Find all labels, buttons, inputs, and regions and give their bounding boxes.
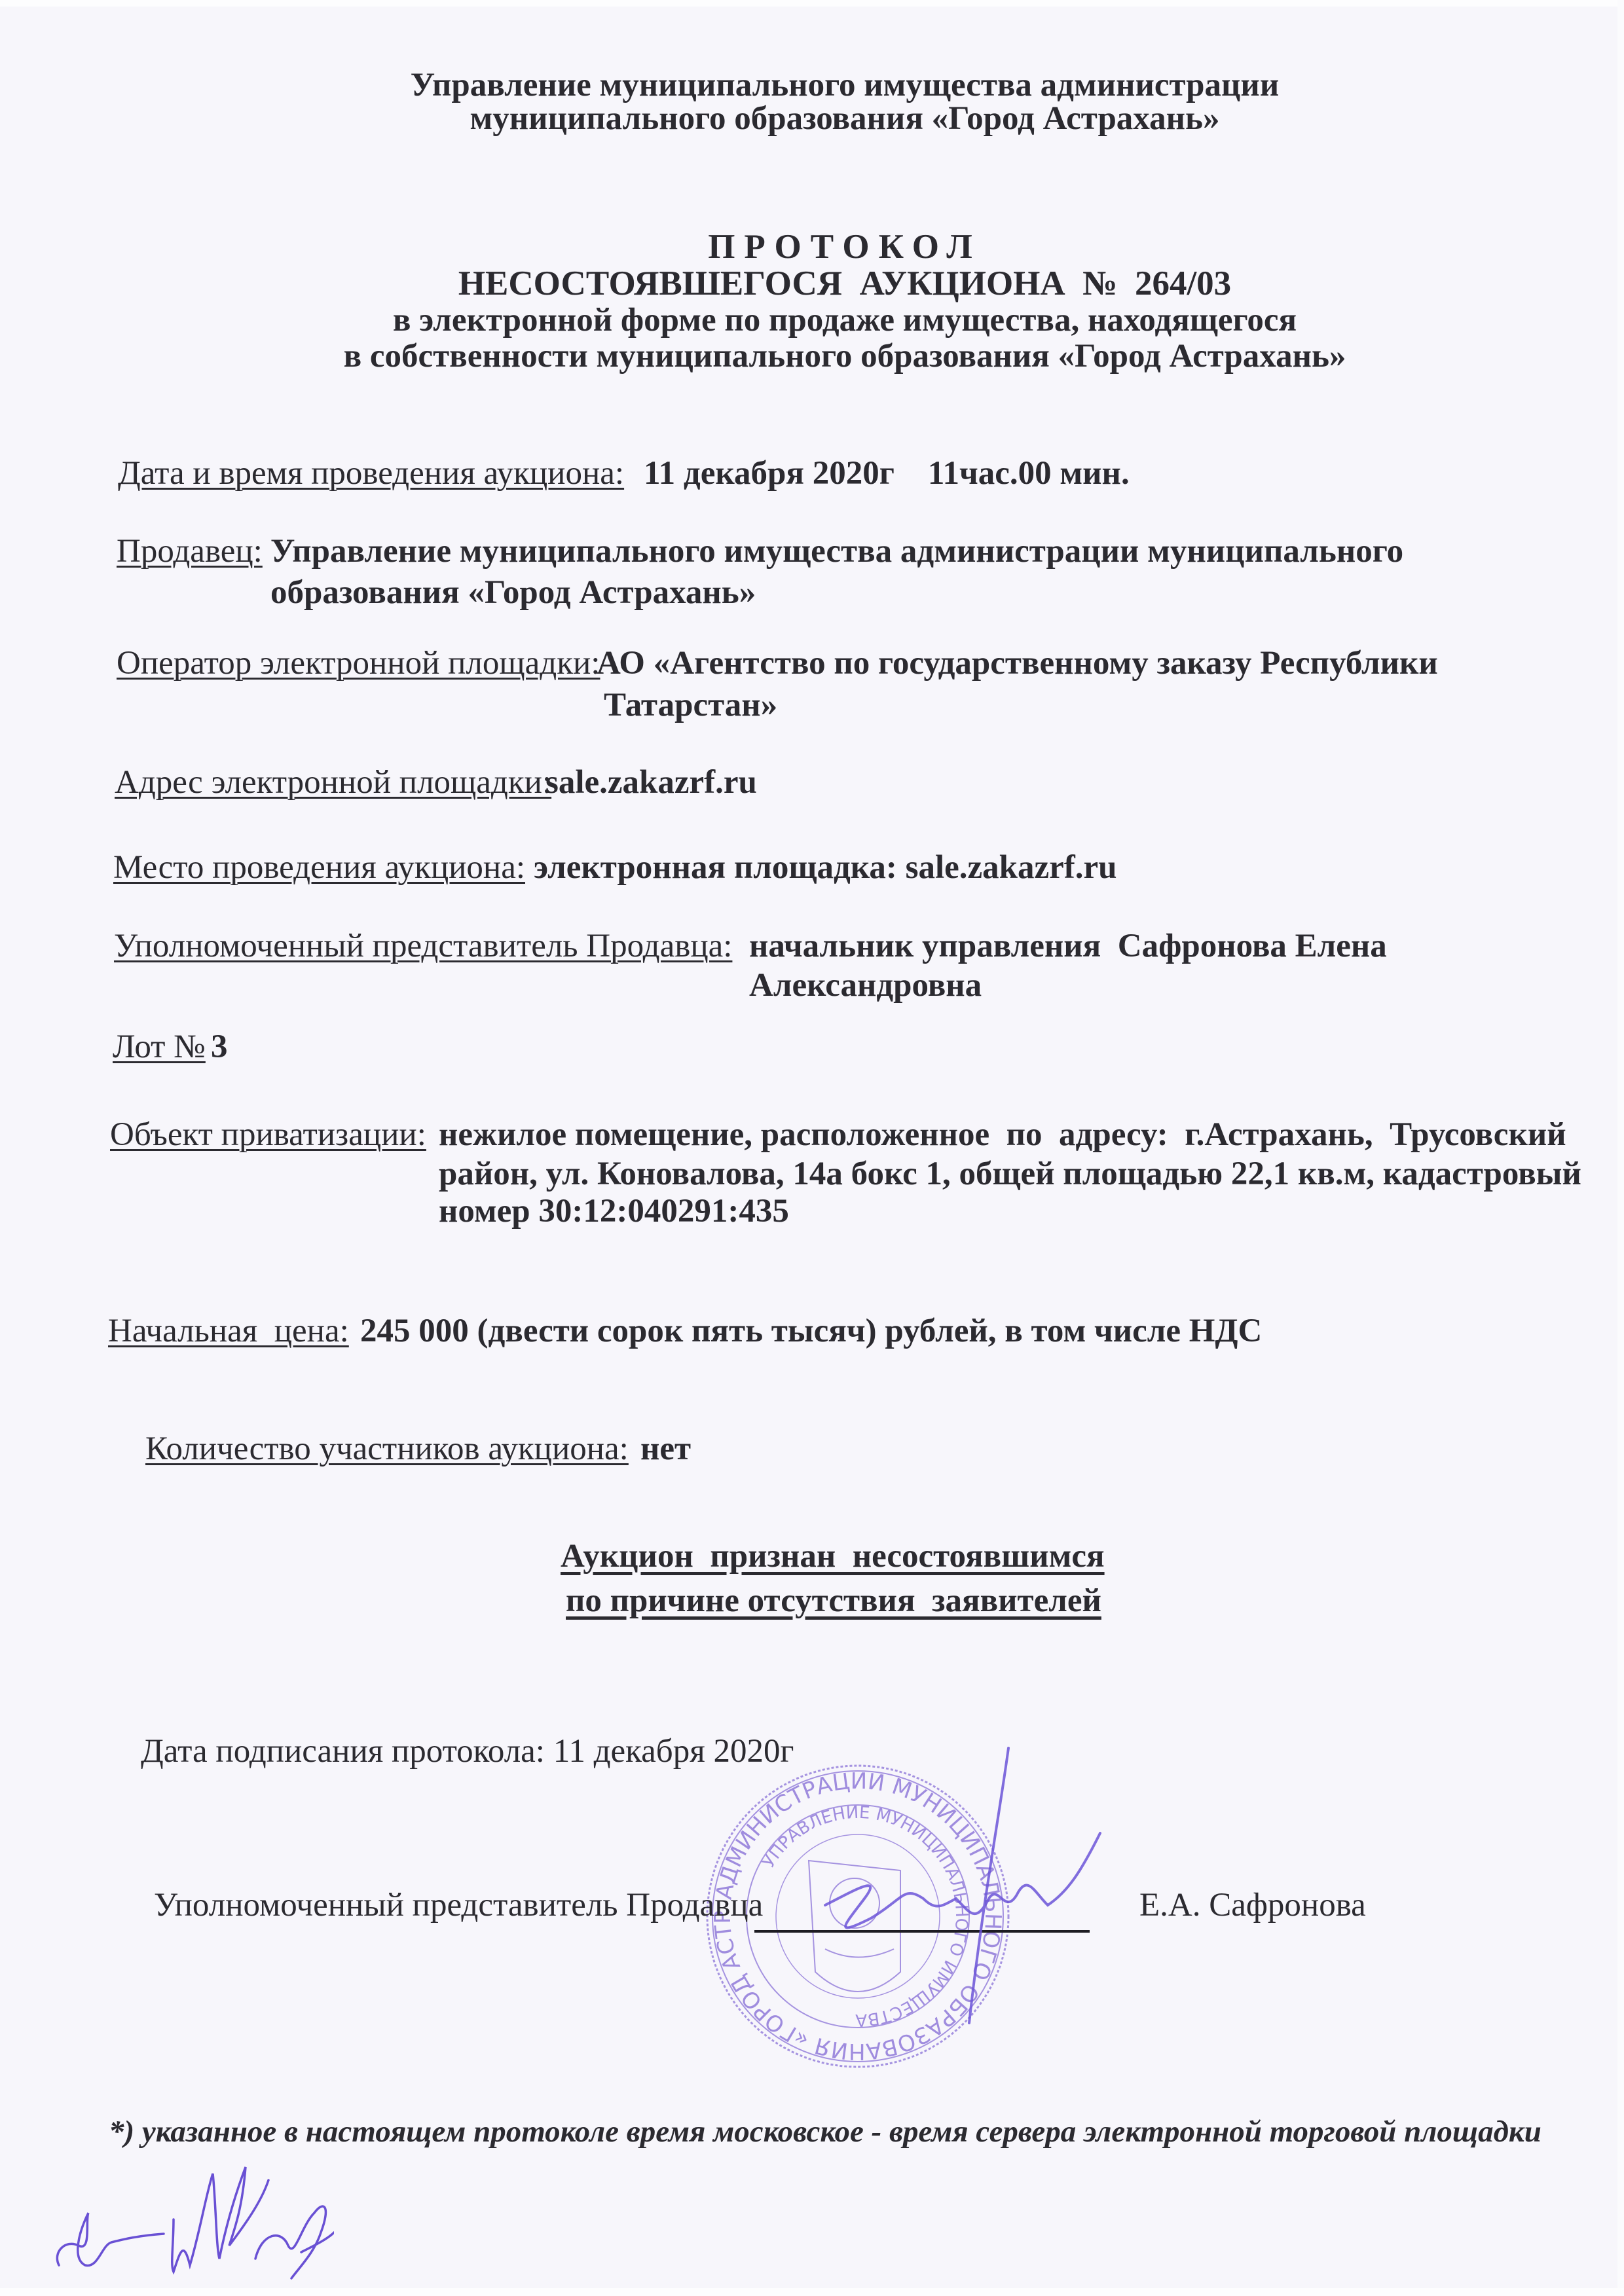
operator-value-line1: АО «Агентство по государственному заказу… — [597, 647, 1438, 680]
footnote: *) указанное в настоящем протоколе время… — [109, 2117, 1541, 2147]
lot-value: 3 — [211, 1030, 228, 1064]
handwritten-signature-icon — [773, 1741, 1113, 2030]
starting-price-label: Начальная цена: — [108, 1315, 349, 1348]
auction-place-label: Место проведения аукциона: — [113, 851, 525, 884]
privatization-object-value-line1: нежилое помещение, расположенное по адре… — [439, 1118, 1566, 1152]
scan-edge-top — [0, 0, 1624, 7]
starting-price-value: 245 000 (двести сорок пять тысяч) рублей… — [360, 1315, 1262, 1348]
lot-label: Лот № — [113, 1030, 206, 1064]
seller-label: Продавец: — [117, 535, 263, 568]
auction-datetime-label: Дата и время проведения аукциона: — [118, 457, 624, 490]
auction-place-value: электронная площадка: sale.zakazrf.ru — [534, 851, 1117, 884]
privatization-object-label: Объект приватизации: — [110, 1118, 426, 1152]
document-subtitle-line3: в электронной форме по продаже имущества… — [0, 304, 1624, 337]
participants-count-value: нет — [640, 1432, 691, 1466]
org-header-line2: муниципального образования «Город Астрах… — [0, 102, 1624, 136]
auction-result-line1: Аукцион признан несостоявшимся — [561, 1540, 1105, 1573]
signing-date: Дата подписания протокола: 11 декабря 20… — [141, 1735, 794, 1768]
privatization-object-value-line2: район, ул. Коновалова, 14а бокс 1, общей… — [439, 1157, 1581, 1191]
auction-result-line2: по причине отсутствия заявителей — [566, 1584, 1101, 1618]
signing-representative-name: Е.А. Сафронова — [1139, 1889, 1366, 1922]
seller-representative-value-line1: начальник управления Сафронова Елена — [749, 930, 1387, 963]
org-header-line1: Управление муниципального имущества адми… — [0, 69, 1624, 102]
auction-datetime-value: 11 декабря 2020г 11час.00 мин. — [644, 457, 1130, 490]
platform-address-label: Адрес электронной площадки: — [115, 766, 551, 799]
document-subtitle-line4: в собственности муниципального образован… — [0, 340, 1624, 373]
signing-representative-label: Уполномоченный представитель Продавца — [154, 1889, 763, 1922]
privatization-object-value-line3: номер 30:12:040291:435 — [439, 1195, 789, 1228]
platform-address-value: sale.zakazrf.ru — [545, 766, 757, 799]
operator-label: Оператор электронной площадки: — [117, 647, 600, 680]
initials-signatures-icon — [39, 2154, 334, 2291]
participants-count-label: Количество участников аукциона: — [145, 1432, 629, 1466]
operator-value-line2: Татарстан» — [604, 689, 777, 722]
document-title: ПРОТОКОЛ — [0, 230, 1624, 264]
scan-edge-bottom — [0, 2288, 1624, 2296]
document-subtitle-auction-number: НЕСОСТОЯВШЕГОСЯ АУКЦИОНА № 264/03 — [0, 267, 1624, 301]
seller-value-line2: образования «Город Астрахань» — [270, 576, 756, 610]
seller-representative-label: Уполномоченный представитель Продавца: — [114, 930, 732, 963]
seller-value-line1: Управление муниципального имущества адми… — [270, 535, 1403, 568]
seller-representative-value-line2: Александровна — [749, 969, 982, 1002]
